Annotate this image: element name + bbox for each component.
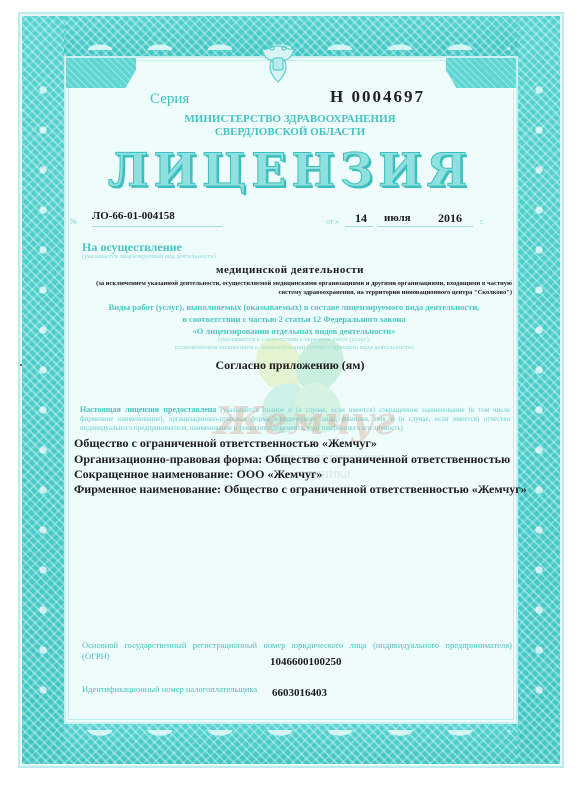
date-month: июля — [384, 212, 411, 224]
works-line-2: в соответствии с частью 2 статьи 12 Феде… — [76, 313, 512, 325]
works-line-1: Виды работ (услуг), выполняемых (оказыва… — [76, 301, 512, 313]
inn-value: 6603016403 — [272, 687, 327, 699]
issuer-line-2: СВЕРДЛОВСКОЙ ОБЛАСТИ — [120, 126, 460, 139]
scan-speck — [20, 364, 22, 366]
org-short-name: Сокращенное наименование: ООО «Жемчуг» — [74, 467, 322, 482]
date-day: 14 — [355, 211, 367, 226]
day-underline — [345, 226, 373, 227]
date-prefix: от « — [326, 217, 339, 226]
license-number: ЛО-66-01-004158 — [92, 210, 175, 222]
month-underline — [378, 226, 473, 227]
ribbon-right — [446, 58, 516, 88]
org-legal-form: Организационно-правовая форма: Общество … — [74, 452, 510, 467]
works-value: Согласно приложению (ям) — [120, 358, 460, 373]
activity-label-note: (указывается лицензируемый вид деятельно… — [82, 253, 216, 260]
issuer: МИНИСТЕРСТВО ЗДРАВООХРАНЕНИЯ СВЕРДЛОВСКО… — [120, 113, 460, 139]
series-number: Н 0004697 — [330, 87, 425, 107]
date-suffix: г. — [480, 217, 484, 226]
ribbon-left — [66, 58, 136, 88]
issuer-line-1: МИНИСТЕРСТВО ЗДРАВООХРАНЕНИЯ — [120, 113, 460, 126]
number-label: № — [70, 217, 78, 226]
coat-of-arms-icon — [258, 38, 298, 88]
org-full-name: Общество с ограниченной ответственностью… — [74, 436, 377, 451]
date-year: 2016 — [438, 211, 462, 226]
number-underline — [92, 226, 222, 227]
activity-value: медицинской деятельности — [120, 264, 460, 276]
series-label: Серия — [150, 91, 189, 108]
activity-note: (за исключением указанной деятельности, … — [76, 279, 512, 297]
document-title: ЛИЦЕНЗИЯ — [90, 143, 490, 197]
org-brand-name: Фирменное наименование: Общество с огран… — [74, 482, 527, 497]
granted-to-label: Настоящая лицензия предоставлена — [80, 405, 216, 414]
inn-label: Идентификационный номер налогоплательщик… — [82, 684, 257, 694]
ogrn-value: 1046600100250 — [270, 656, 342, 668]
